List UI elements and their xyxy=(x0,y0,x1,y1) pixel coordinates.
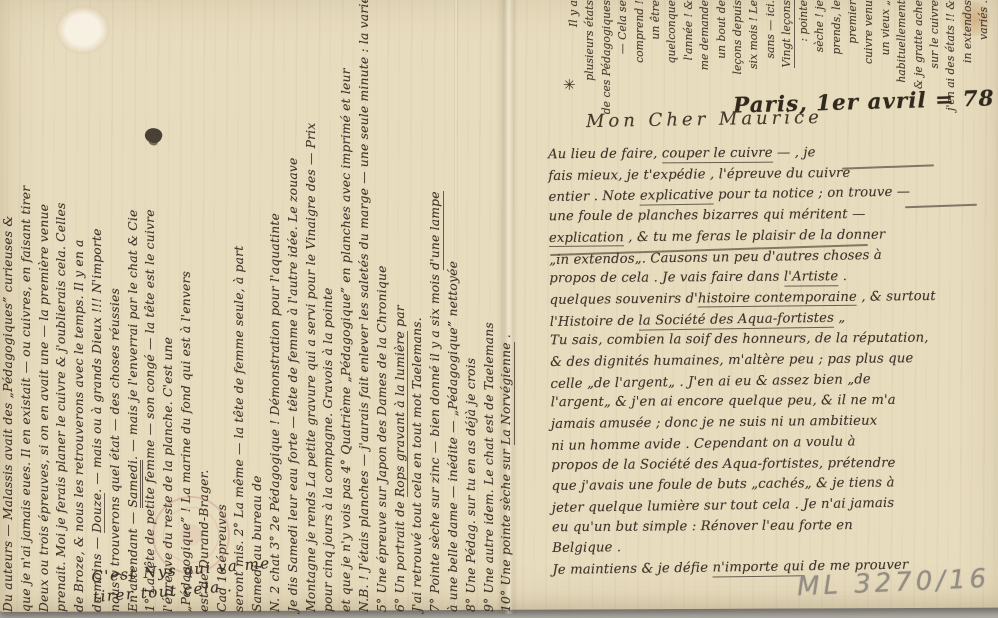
manuscript-line: 9° Une autre idem. Le chat est de Taelem… xyxy=(481,0,499,612)
manuscript-line: 7° Pointe sèche sur zinc — bien donné il… xyxy=(427,0,445,612)
body-line: propos de la Société des Aqua-fortistes,… xyxy=(551,453,991,477)
body-line: Tu sais, combien la soif des honneurs, d… xyxy=(550,328,990,352)
manuscript-line: N. 2 chat 3° 2e Pédagogique ! Démonstrat… xyxy=(267,0,285,612)
manuscript-line: seront mis. 2° La même — la tête de femm… xyxy=(231,0,249,612)
body-line: l'argent„ & j'en ai encore quelque peu, … xyxy=(551,391,991,415)
body-line: une foule de planches bizarres qui mérit… xyxy=(549,204,989,228)
manuscript-line: Deux ou trois épreuves, si on en avait u… xyxy=(36,0,54,612)
manuscript-line: de Broze, & nous les retrouverons avec l… xyxy=(71,0,89,612)
letter-scan: Du auteurs — Malassis avait des „Pédagog… xyxy=(0,0,998,618)
manuscript-line: et que je n'y vois pas 4° Quatrième „Péd… xyxy=(338,0,356,612)
manuscript-line: du moins — Douze. — mais ou à grands Die… xyxy=(89,0,107,612)
body-line: Au lieu de faire, couper le cuivre — , j… xyxy=(548,142,988,166)
manuscript-line: prenait. Moi je ferais planer le cuivre … xyxy=(53,0,71,612)
manuscript-line: pour cinq jours à la compagne. Gravois à… xyxy=(320,0,338,612)
left-page-text: Du auteurs — Malassis avait des „Pédagog… xyxy=(0,0,500,618)
manuscript-line: à une belle dame — inédite — „Pédagogiqu… xyxy=(445,0,463,612)
manuscript-line: Samedi au bureau de xyxy=(249,0,267,612)
manuscript-line: 8° Une Pédag. sur tu en as déjà je crois xyxy=(463,0,481,612)
manuscript-line: J'ai retrouvé tout cela en tout mot Tael… xyxy=(409,0,427,612)
asterisk-mark: ✳ xyxy=(563,76,576,94)
manuscript-line: Du auteurs — Malassis avait des „Pédagog… xyxy=(0,0,18,612)
left-page: Du auteurs — Malassis avait des „Pédagog… xyxy=(0,0,500,614)
body-line: eu qu'un but simple : Rénover l'eau fort… xyxy=(552,515,992,539)
letter-body: Au lieu de faire, couper le cuivre — , j… xyxy=(548,141,993,580)
manuscript-line: 10° Une pointe sèche sur La Norvégienne … xyxy=(498,0,516,612)
manuscript-line: que je n'ai jamais eues. Il en existait … xyxy=(18,0,36,612)
manuscript-line: 6° Un portrait de Rops gravant à la lumi… xyxy=(392,0,410,612)
manuscript-line: Je dis Samedi leur eau forte — tête de f… xyxy=(285,0,303,612)
manuscript-line: nous y trouverons quel état — des choses… xyxy=(107,0,125,612)
manuscript-line: Montagne je rends La petite gravure qui … xyxy=(303,0,321,612)
salutation: Mon Cher Maurice xyxy=(586,107,823,132)
manuscript-line: 5° Une épreuve sur Japon des Dames de la… xyxy=(374,0,392,612)
manuscript-line: N.B. ! J'étais planches — j'aurais fait … xyxy=(356,0,374,612)
manuscript-line: En attendant — Samedi. — mais je l'enver… xyxy=(125,0,143,612)
body-line: propos de cela . Je vais faire dans l'Ar… xyxy=(549,266,989,290)
